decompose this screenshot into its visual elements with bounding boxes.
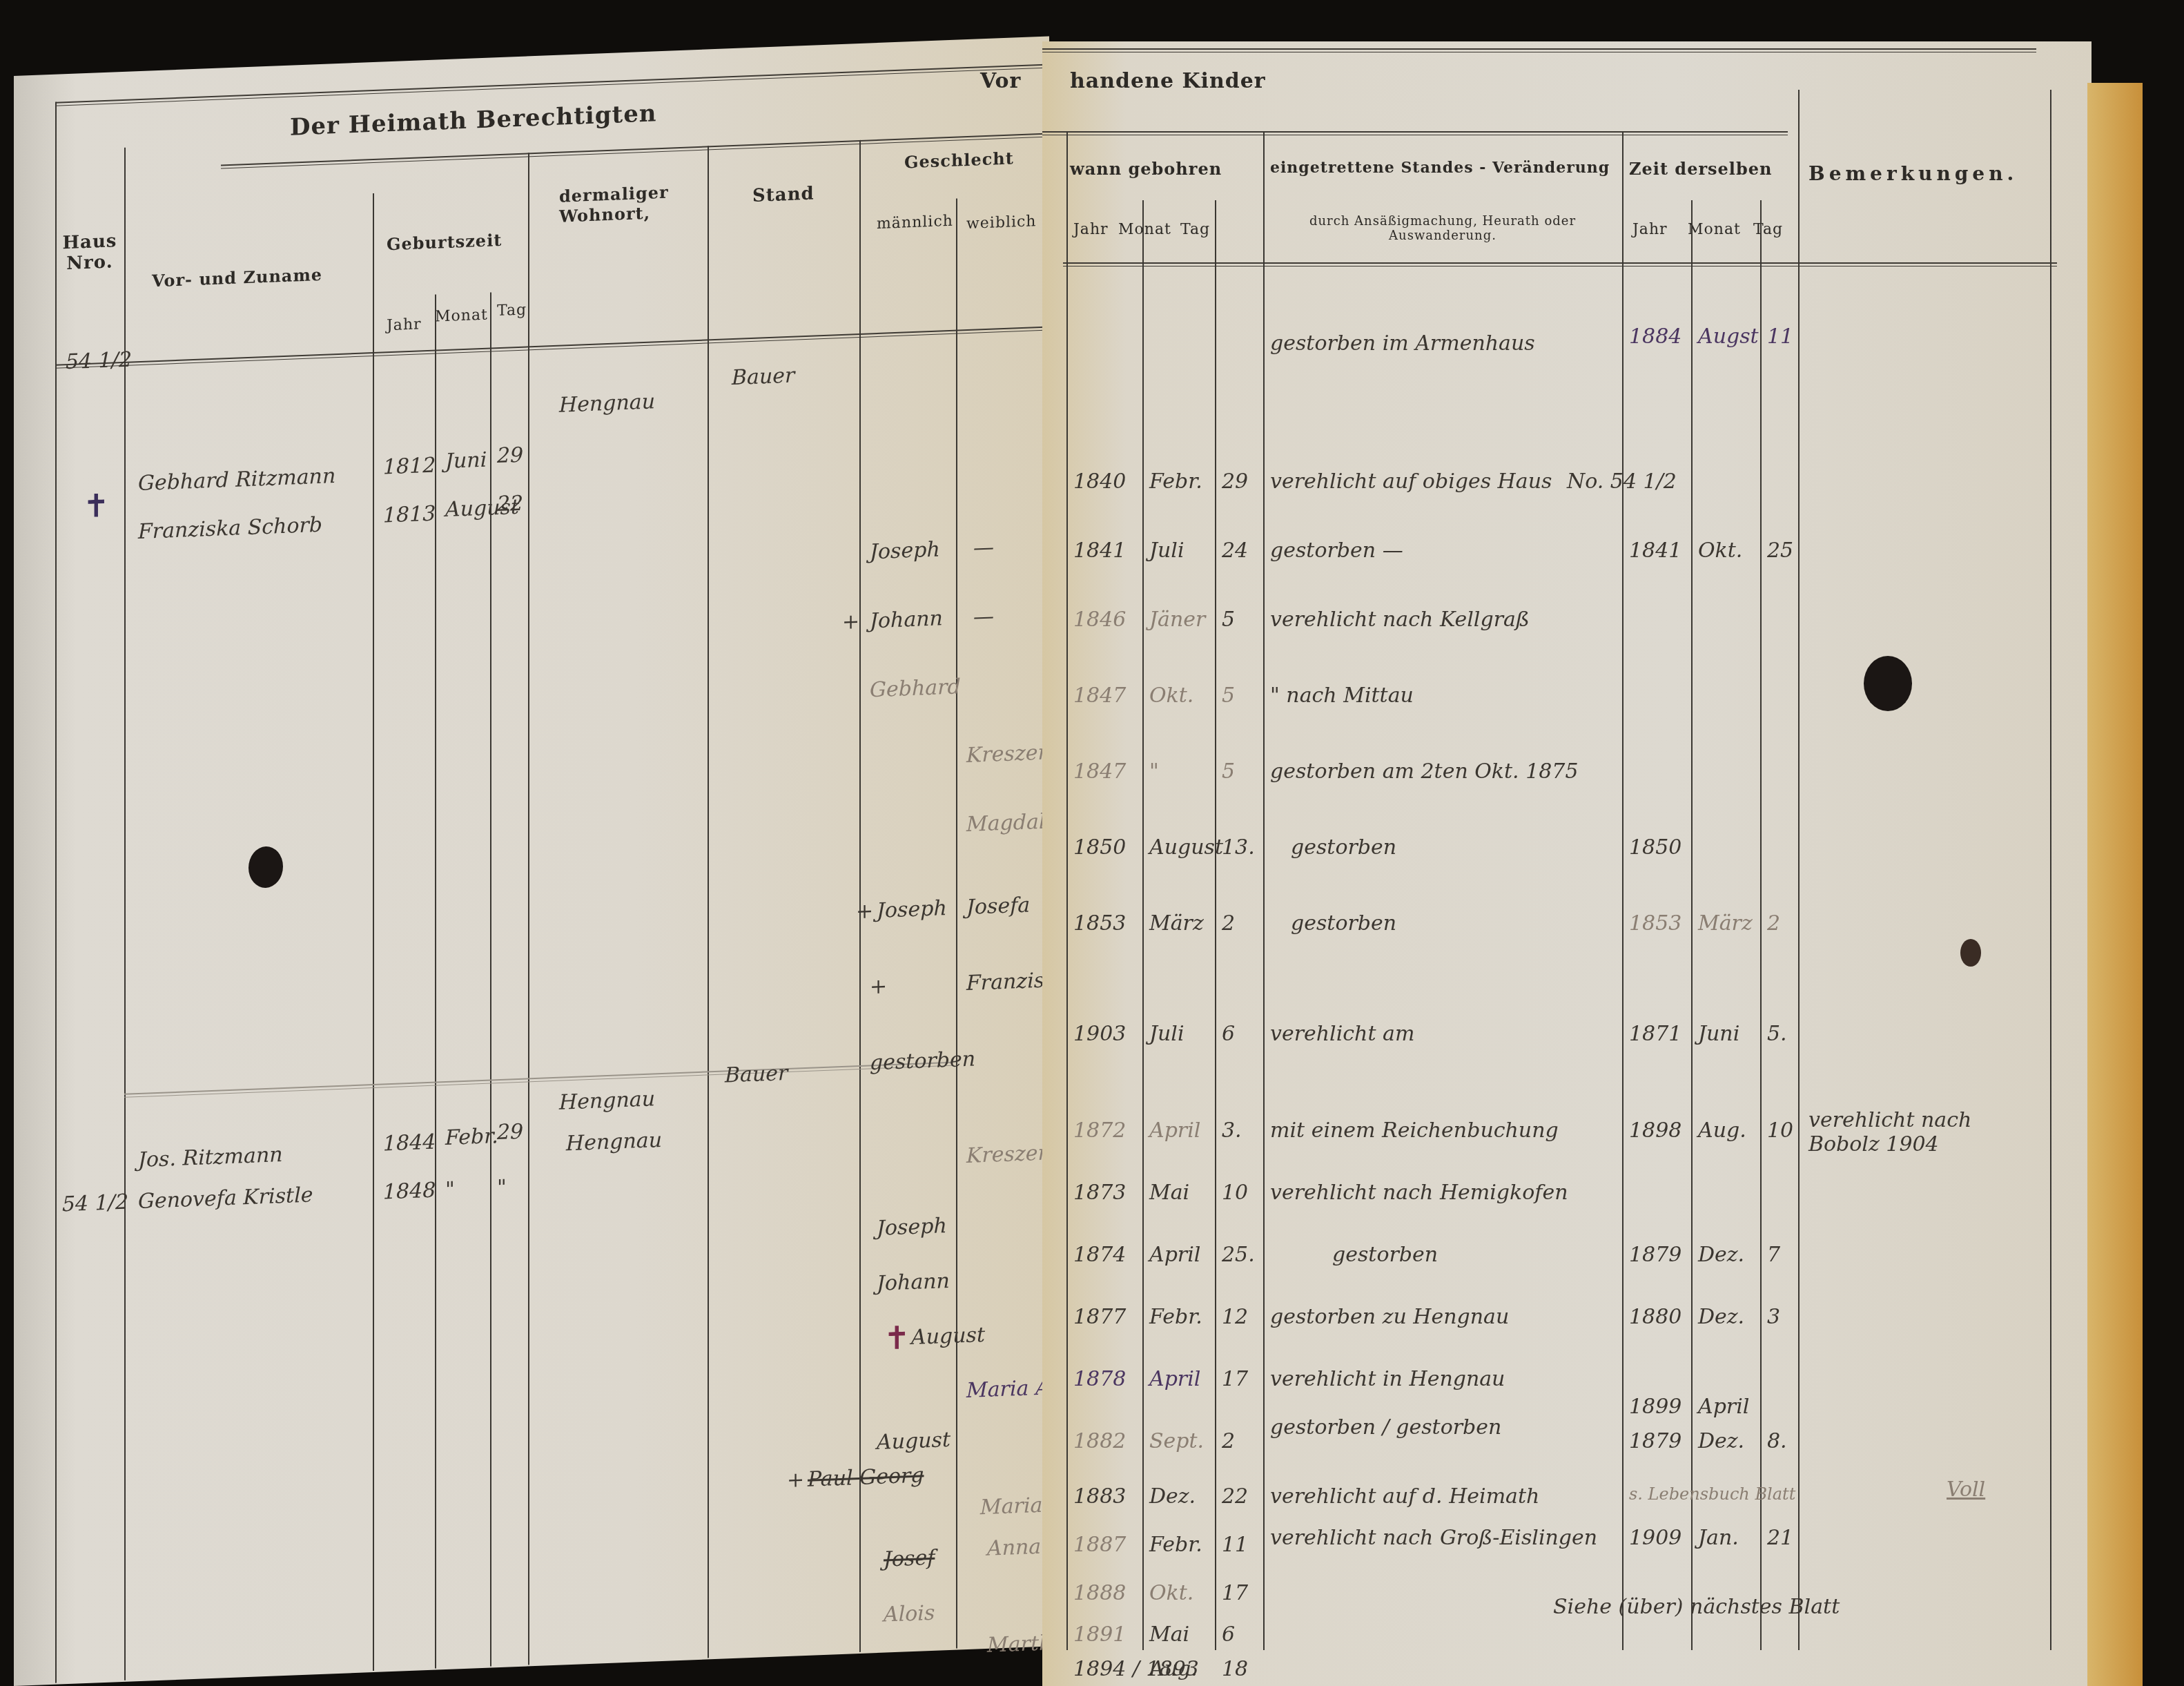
open-register-book: Der Heimath Berechtigten Haus Nro. Vor- … [0, 0, 2184, 1686]
col-monat: Monat [1118, 221, 1171, 238]
top-rule [1042, 48, 2036, 52]
col-geschlecht: Geschlecht [904, 148, 1014, 172]
row-jahr: 1877 [1073, 1305, 1126, 1329]
row-z-monat: Augst [1698, 324, 1759, 349]
header-bottom-rule [1063, 262, 2057, 267]
row-veraenderung: gestorben im Armenhaus [1270, 331, 1535, 356]
row-jahr: 1883 [1073, 1484, 1126, 1509]
rule [956, 198, 957, 1648]
row-monat: April [1149, 1243, 1200, 1267]
rule [2050, 90, 2051, 1650]
child-name-female: Maria [980, 1493, 1042, 1520]
person-name: Gebhard Ritzmann [138, 464, 335, 496]
person-birth-day: " [497, 1176, 507, 1201]
row-veraenderung: verehlicht nach Groß-Eislingen [1270, 1526, 1601, 1550]
row-jahr: 1850 [1073, 835, 1126, 860]
right-page-title-prefix: Vor [980, 69, 1021, 93]
person-birth-month: " [445, 1177, 455, 1202]
child-name-male: Alois [884, 1601, 935, 1627]
row-monat: Okt. [1149, 1581, 1193, 1605]
row-veraenderung: " nach Mittau [1270, 684, 1414, 708]
person-birth-year: 1844 [383, 1130, 436, 1156]
row-z-jahr: 1884 [1629, 324, 1681, 349]
child-name-female: Anna [987, 1535, 1041, 1561]
row-jahr: 1887 [1073, 1533, 1126, 1557]
person-residence: Hengnau [566, 1128, 662, 1156]
house-number: 54 1/2 [62, 1190, 128, 1217]
row-tag: 17 [1222, 1367, 1248, 1391]
row-jahr: 1891 [1073, 1622, 1126, 1647]
row-monat: August [1149, 835, 1223, 860]
rule [55, 102, 57, 1683]
child-name-male: Paul Georg [808, 1463, 924, 1491]
row-monat: Juli [1149, 1022, 1184, 1046]
row-tag: 11 [1222, 1533, 1248, 1557]
child-name-male: August [877, 1428, 950, 1455]
rule [435, 294, 436, 1668]
page-edges [2087, 83, 2143, 1686]
row-z-jahr: 1853 [1629, 911, 1681, 936]
row-veraenderung: Siehe (über) nächstes Blatt [1553, 1595, 1840, 1619]
row-z-tag: 5. [1767, 1022, 1787, 1046]
row-veraenderung: gestorben am 2ten Okt. 1875 [1270, 759, 1579, 784]
row-z-jahr: 1871 [1629, 1022, 1681, 1046]
person-birth-day: 29 [497, 1120, 523, 1145]
row-z-monat: Aug. [1698, 1118, 1746, 1143]
row-monat: Mai [1149, 1181, 1189, 1205]
row-monat: März [1149, 911, 1204, 936]
row-jahr: 1873 [1073, 1181, 1126, 1205]
row-tag: 10 [1222, 1181, 1248, 1205]
row-z-tag: 7 [1767, 1243, 1780, 1267]
row-jahr: 1872 [1073, 1118, 1126, 1143]
row-z-tag: 2 [1767, 911, 1780, 936]
row-veraenderung: gestorben [1291, 911, 1396, 936]
child-name-male: Johann [877, 1269, 950, 1296]
block-separator [124, 1062, 953, 1098]
row-monat: Febr. [1149, 469, 1202, 494]
row-veraenderung: verehlicht nach Hemigkofen [1270, 1181, 1568, 1205]
col-wann-geboren: wann gebohren [1070, 159, 1222, 179]
row-bemerkung: Voll [1947, 1477, 1985, 1502]
row-z-monat: Dez. [1698, 1429, 1744, 1453]
deceased-cross-icon: ✝ [884, 1319, 910, 1357]
row-z-monat: Dez. [1698, 1243, 1744, 1267]
col-name: Vor- und Zuname [152, 264, 322, 291]
rule [1691, 200, 1693, 1650]
row-z-jahr: 1898 [1629, 1118, 1681, 1143]
row-z-jahr: 1850 [1629, 835, 1681, 860]
row-veraenderung: mit einem Reichenbuchung [1270, 1118, 1559, 1143]
person-name: Franziska Schorb [138, 513, 322, 544]
col-tag: Tag [1180, 221, 1210, 238]
col-bemerkungen: Bemerkungen. [1808, 162, 2018, 185]
col-geburtszeit-monat: Monat [435, 307, 488, 326]
rule [859, 140, 861, 1652]
row-veraenderung: verehlicht am [1270, 1022, 1414, 1046]
col-jahr: Jahr [1073, 221, 1109, 238]
row-tag: 29 [1222, 469, 1248, 494]
child-name-female: — [973, 604, 994, 629]
row-z-tag: 10 [1767, 1118, 1793, 1143]
row-jahr: 1847 [1073, 759, 1126, 784]
person-birth-month: Juni [445, 448, 487, 474]
row-jahr: 1846 [1073, 608, 1126, 632]
person-birth-year: 1812 [383, 454, 436, 480]
person-residence: Hengnau [559, 1087, 655, 1114]
rule [373, 193, 374, 1671]
row-z-jahr: 1879 [1629, 1243, 1681, 1267]
row-tag: 17 [1222, 1581, 1248, 1605]
row-jahr: 1853 [1073, 911, 1126, 936]
rule [1263, 131, 1265, 1650]
row-z-tag: 8. [1767, 1429, 1787, 1453]
rule [1066, 131, 1068, 1650]
col-z-tag: Tag [1753, 221, 1783, 238]
child-marker: + [842, 610, 859, 634]
child-name-female: — [973, 535, 994, 560]
row-tag: 24 [1222, 539, 1248, 563]
row-tag: 3. [1222, 1118, 1242, 1143]
row-monat: Mai [1149, 1622, 1189, 1647]
col-geburtszeit-tag: Tag [497, 301, 527, 320]
row-z-tag: 3 [1767, 1305, 1780, 1329]
row-z-monat: März [1698, 911, 1753, 936]
col-weiblich: weiblich [966, 213, 1037, 233]
row-tag: 13. [1222, 835, 1255, 860]
col-geburtszeit-jahr: Jahr [387, 316, 422, 334]
row-z-monat: Okt. [1698, 539, 1742, 563]
rule [124, 148, 126, 1680]
row-veraenderung: verehlicht auf d. Heimath [1270, 1484, 1539, 1509]
row-z-jahr: s. Lebensbuch Blatt [1629, 1484, 1795, 1504]
child-name-male: Joseph [870, 537, 940, 564]
col-standes-veraenderung: eingetrettene Standes - Veränderung [1270, 159, 1610, 177]
person-status: Bauer [732, 364, 794, 391]
house-number: 54 1/2 [66, 347, 132, 374]
row-jahr: 1878 [1073, 1367, 1126, 1391]
rule [528, 153, 529, 1665]
person-name: Jos. Ritzmann [138, 1143, 283, 1172]
rule [1622, 131, 1624, 1650]
child-name-male: Joseph [877, 1214, 947, 1241]
row-jahr: 1874 [1073, 1243, 1126, 1267]
row-bemerkung: verehlicht nach Bobolz 1904 [1808, 1108, 2016, 1156]
ink-blot [1960, 939, 1981, 967]
header-rule [1042, 131, 1788, 135]
row-jahr: 1841 [1073, 539, 1126, 563]
row-z-jahr: No. 54 1/2 [1567, 469, 1677, 494]
row-z-jahr: 1841 [1629, 539, 1681, 563]
row-jahr: 1840 [1073, 469, 1126, 494]
col-maennlich: männlich [877, 213, 953, 233]
row-veraenderung: verehlicht in Hengnau [1270, 1367, 1505, 1391]
left-page-title: Der Heimath Berechtigten [290, 99, 657, 141]
row-monat: Okt. [1149, 684, 1193, 708]
child-name-male: August [911, 1323, 985, 1350]
rule [1142, 200, 1144, 1650]
row-z-monat: Juni [1698, 1022, 1739, 1046]
child-name-male: gestorben [870, 1047, 975, 1075]
row-monat: April [1149, 1367, 1200, 1391]
row-monat: Aug. [1149, 1657, 1198, 1681]
row-monat: April [1149, 1118, 1200, 1143]
rule [1760, 200, 1762, 1650]
left-page: Der Heimath Berechtigten Haus Nro. Vor- … [14, 36, 1049, 1686]
right-page: Vor handene Kinder wann gebohren Jahr Mo… [1042, 41, 2092, 1686]
row-z-tag: 25 [1767, 539, 1793, 563]
col-z-jahr: Jahr [1632, 221, 1668, 238]
row-z-tag: 11 [1767, 324, 1793, 349]
child-name-male: Johann [870, 606, 943, 633]
col-z-monat: Monat [1688, 221, 1741, 238]
row-tag: 6 [1222, 1622, 1235, 1647]
col-stand: Stand [752, 183, 815, 206]
row-z-monat: Jan. [1698, 1526, 1739, 1550]
row-monat: Jäner [1149, 608, 1205, 632]
person-birth-year: 1813 [383, 502, 436, 528]
header-bottom-rule [55, 326, 1049, 368]
row-tag: 5 [1222, 759, 1235, 784]
row-z-jahr: 1899 [1629, 1395, 1681, 1419]
rule [708, 146, 709, 1658]
child-name-male: Josef [884, 1546, 935, 1572]
col-zeit-derselben: Zeit derselben [1629, 159, 1772, 179]
row-tag: 5 [1222, 684, 1235, 708]
row-tag: 22 [1222, 1484, 1248, 1509]
col-standes-veraenderung-sub: durch Ansäßigmachung, Heurath oder Auswa… [1270, 214, 1615, 243]
row-tag: 2 [1222, 911, 1235, 936]
row-jahr: 1847 [1073, 684, 1126, 708]
deceased-cross-icon: ✝ [83, 487, 110, 525]
person-status: Bauer [725, 1061, 788, 1088]
row-tag: 12 [1222, 1305, 1248, 1329]
row-monat: Febr. [1149, 1305, 1202, 1329]
person-name: Genovefa Kristle [138, 1183, 313, 1214]
row-tag: 6 [1222, 1022, 1235, 1046]
col-haus-nro: Haus Nro. [62, 231, 117, 274]
row-monat: Juli [1149, 539, 1184, 563]
row-z-monat: April [1698, 1395, 1749, 1419]
child-marker: + [787, 1468, 804, 1493]
child-marker: + [856, 899, 873, 924]
row-monat: Dez. [1149, 1484, 1196, 1509]
col-geburtszeit: Geburtszeit [387, 230, 502, 254]
person-residence: Hengnau [559, 389, 655, 417]
col-wohnort: dermaliger Wohnort, [559, 181, 690, 226]
rule [1798, 90, 1800, 1650]
child-name-female: Josefa [966, 893, 1030, 920]
row-z-tag: 21 [1767, 1526, 1793, 1550]
row-tag: 18 [1222, 1657, 1248, 1681]
child-marker: + [870, 974, 887, 999]
row-veraenderung: gestorben [1291, 835, 1396, 860]
row-monat: Sept. [1149, 1429, 1204, 1453]
rule [1215, 200, 1216, 1650]
row-jahr: 1903 [1073, 1022, 1126, 1046]
row-veraenderung: gestorben zu Hengnau [1270, 1305, 1509, 1329]
row-jahr: 1888 [1073, 1581, 1126, 1605]
row-jahr: 1882 [1073, 1429, 1126, 1453]
ink-blot [248, 846, 283, 889]
top-rule [55, 64, 1049, 106]
person-birth-day: 22 [497, 492, 523, 516]
row-veraenderung: verehlicht auf obiges Haus [1270, 469, 1552, 494]
person-birth-year: 1848 [383, 1179, 436, 1205]
child-name-male: Joseph [877, 896, 947, 923]
right-page-title: handene Kinder [1070, 69, 1266, 93]
row-z-jahr: 1879 [1629, 1429, 1681, 1453]
row-z-jahr: 1909 [1629, 1526, 1681, 1550]
row-veraenderung: gestorben / gestorben [1270, 1415, 1501, 1440]
row-tag: 2 [1222, 1429, 1235, 1453]
row-z-monat: Dez. [1698, 1305, 1744, 1329]
child-name-male: Gebhard [870, 675, 961, 702]
row-veraenderung: verehlicht nach Kellgraß [1270, 608, 1530, 632]
row-monat: " [1149, 759, 1159, 784]
row-tag: 25. [1222, 1243, 1255, 1267]
row-veraenderung: gestorben — [1270, 539, 1403, 563]
person-birth-day: 29 [497, 443, 523, 468]
row-tag: 5 [1222, 608, 1235, 632]
row-monat: Febr. [1149, 1533, 1202, 1557]
row-z-jahr: 1880 [1629, 1305, 1681, 1329]
person-birth-month: Febr. [445, 1124, 498, 1150]
ink-blot [1864, 656, 1912, 711]
row-veraenderung: gestorben [1332, 1243, 1438, 1267]
